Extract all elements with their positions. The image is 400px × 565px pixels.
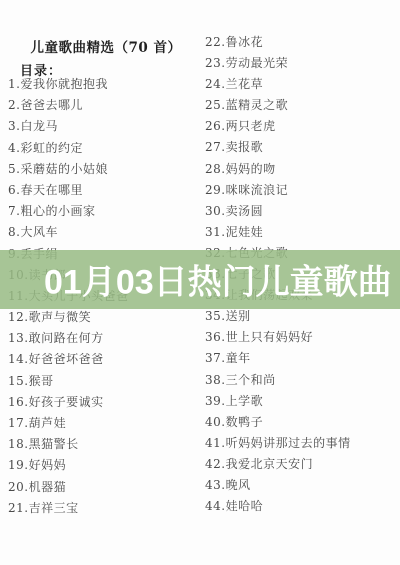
song-item: 1.爱我你就抱抱我 xyxy=(8,74,198,95)
song-item: 4.彩虹的约定 xyxy=(8,138,198,159)
song-item: 37.童年 xyxy=(205,348,400,369)
song-item: 40.数鸭子 xyxy=(205,412,400,433)
song-item: 25.蓝精灵之歌 xyxy=(205,95,400,116)
song-item: 43.晚风 xyxy=(205,475,400,496)
song-item: 31.泥娃娃 xyxy=(205,222,400,243)
song-item: 42.我爱北京天安门 xyxy=(205,454,400,475)
song-item: 24.兰花草 xyxy=(205,74,400,95)
document-page: 儿童歌曲精选（70 首） 目录： 1.爱我你就抱抱我2.爸爸去哪儿3.白龙马4.… xyxy=(0,0,400,565)
song-item: 21.吉祥三宝 xyxy=(8,498,198,519)
song-item: 8.大风车 xyxy=(8,222,198,243)
song-item: 30.卖汤圆 xyxy=(205,201,400,222)
song-item: 13.敢问路在何方 xyxy=(8,328,198,349)
song-item: 20.机器猫 xyxy=(8,477,198,498)
song-item: 28.妈妈的吻 xyxy=(205,159,400,180)
song-item: 14.好爸爸坏爸爸 xyxy=(8,349,198,370)
song-item: 18.黑猫警长 xyxy=(8,434,198,455)
song-item: 38.三个和尚 xyxy=(205,370,400,391)
overlay-banner-title: 01月03日热门儿童歌曲 xyxy=(44,254,392,303)
song-item: 15.猴哥 xyxy=(8,371,198,392)
page-title: 儿童歌曲精选（70 首） xyxy=(0,36,212,56)
song-item: 23.劳动最光荣 xyxy=(205,53,400,74)
song-item: 2.爸爸去哪儿 xyxy=(8,95,198,116)
song-item: 26.两只老虎 xyxy=(205,116,400,137)
song-item: 3.白龙马 xyxy=(8,116,198,137)
song-item: 19.好妈妈 xyxy=(8,455,198,476)
song-item: 16.好孩子要诚实 xyxy=(8,392,198,413)
song-item: 7.粗心的小画家 xyxy=(8,201,198,222)
song-item: 44.娃哈哈 xyxy=(205,496,400,517)
song-item: 35.送别 xyxy=(205,306,400,327)
song-item: 17.葫芦娃 xyxy=(8,413,198,434)
song-item: 36.世上只有妈妈好 xyxy=(205,327,400,348)
song-item: 29.咪咪流浪记 xyxy=(205,180,400,201)
song-item: 41.听妈妈讲那过去的事情 xyxy=(205,433,400,454)
song-item: 27.卖报歌 xyxy=(205,137,400,158)
song-item: 5.采蘑菇的小姑娘 xyxy=(8,159,198,180)
song-item: 22.鲁冰花 xyxy=(205,32,400,53)
song-item: 39.上学歌 xyxy=(205,391,400,412)
overlay-banner: 01月03日热门儿童歌曲 xyxy=(0,250,400,309)
song-item: 12.歌声与微笑 xyxy=(8,307,198,328)
song-item: 6.春天在哪里 xyxy=(8,180,198,201)
